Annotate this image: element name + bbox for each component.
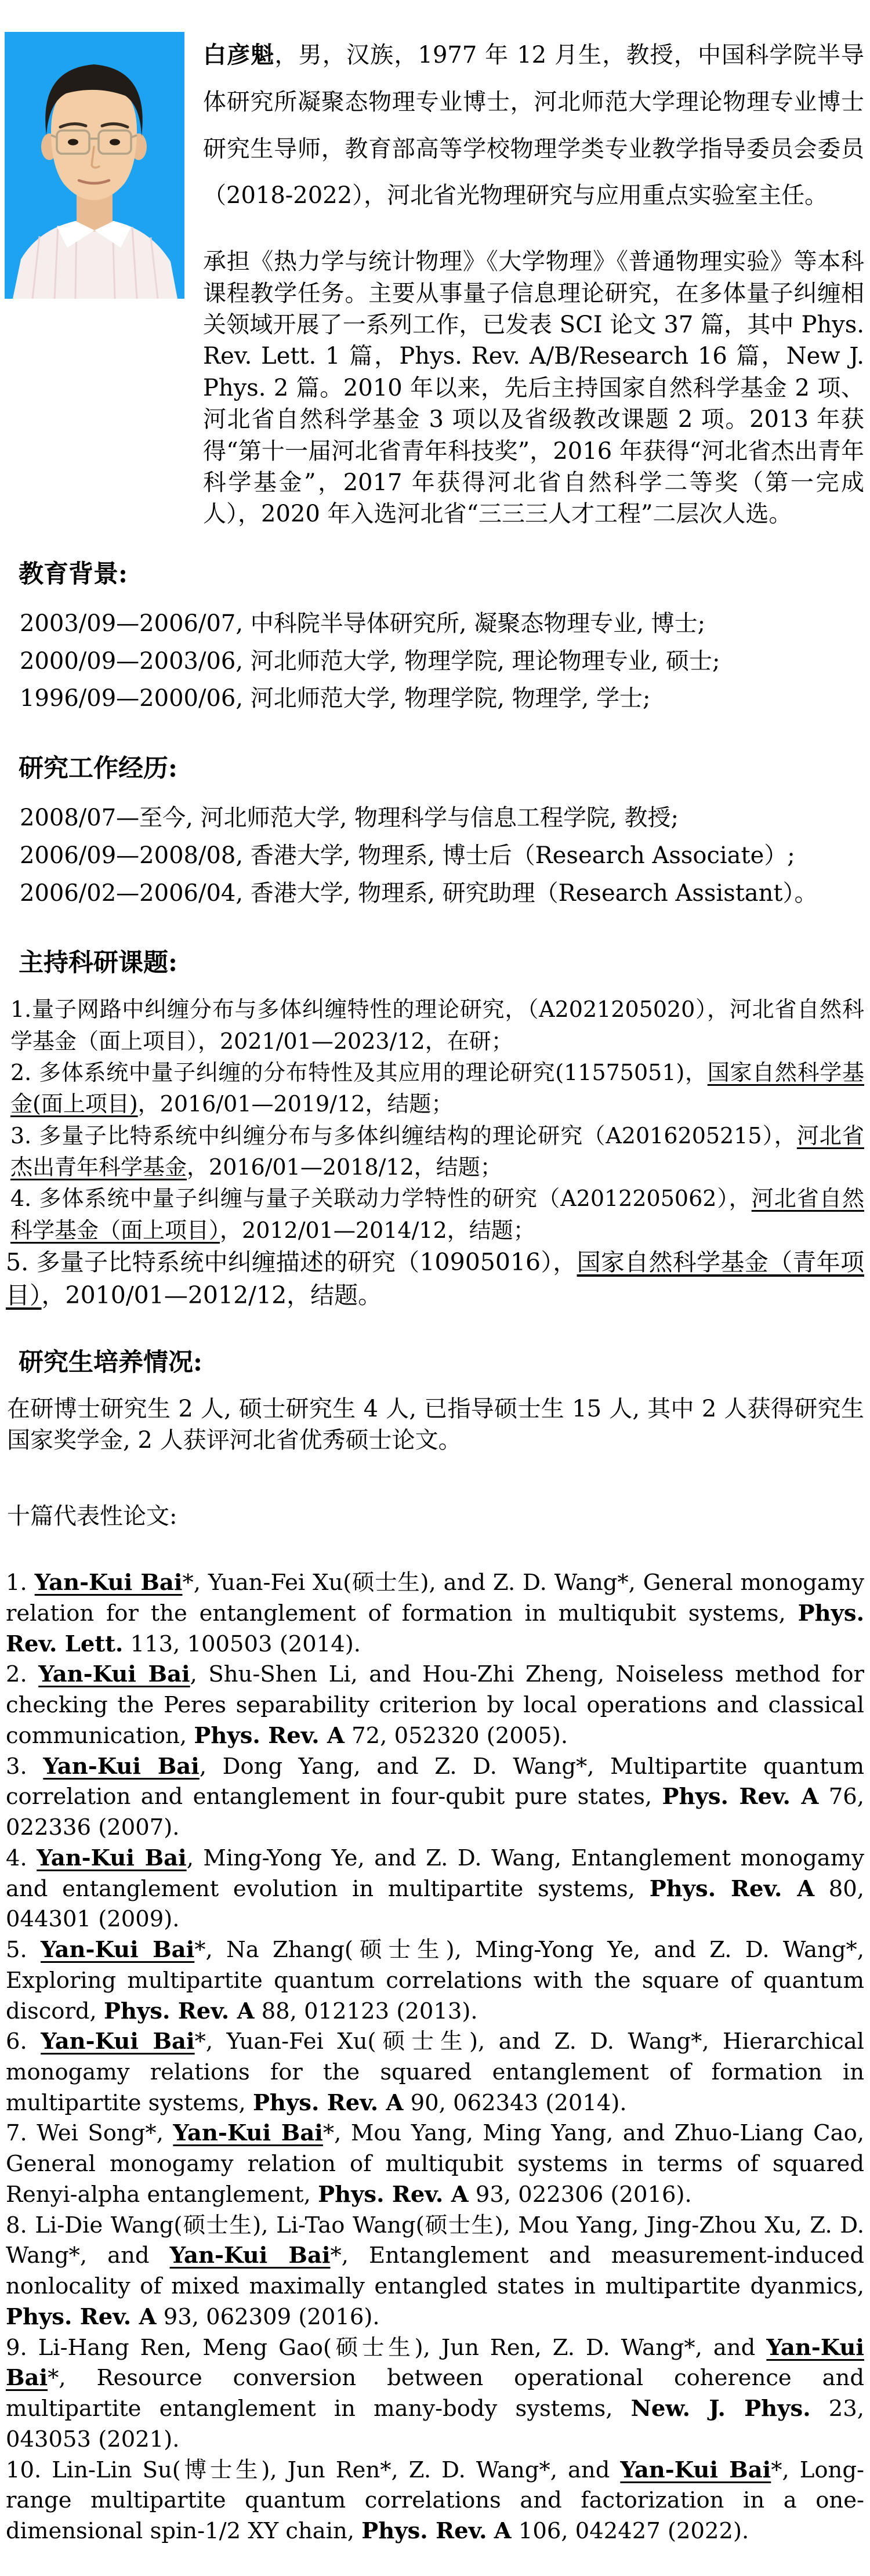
text-segment: New. J. Phys. (631, 2396, 811, 2422)
professor-name: 白彦魁 (203, 41, 275, 68)
project-entry: 4. 多体系统中量子纠缠与量子关联动力学特性的研究（A2012205062），河… (10, 1183, 864, 1246)
text-segment: 2. (6, 1661, 38, 1687)
project-entry: 5. 多量子比特系统中纠缠描述的研究（10905016），国家自然科学基金（青年… (6, 1246, 864, 1311)
text-segment: 5. 多量子比特系统中纠缠描述的研究（10905016）， (6, 1248, 577, 1276)
text-segment: 10. Lin-Lin Su(博士生), Jun Ren*, Z. D. Wan… (6, 2457, 620, 2483)
text-segment: ，2012/01—2014/12，结题； (220, 1218, 535, 1243)
text-segment: Phys. Rev. A (662, 1784, 819, 1810)
section-heading-publications: 十篇代表性论文: (7, 1498, 864, 1531)
text-segment: 72, 052320 (2005). (345, 1723, 568, 1749)
text-segment: 4. (6, 1845, 37, 1871)
text-segment: Phys. Rev. A (104, 1998, 254, 2024)
experience-entry: 2006/02—2006/04, 香港大学, 物理系, 研究助理（Researc… (20, 875, 864, 912)
text-segment: 3. 多量子比特系统中纠缠分布与多体纠缠结构的理论研究（A2016205215）… (10, 1123, 797, 1148)
intro-paragraph-2: 承担《热力学与统计物理》《大学物理》《普通物理实验》等本科课程教学任务。主要从事… (203, 246, 864, 530)
text-segment: 7. Wei Song*, (6, 2120, 173, 2146)
text-segment: 88, 012123 (2013). (254, 1998, 477, 2024)
intro-paragraph-1-text: ，男，汉族，1977 年 12 月生，教授，中国科学院半导体研究所凝聚态物理专业… (203, 42, 864, 209)
text-segment: Phys. Rev. A (253, 2090, 403, 2116)
publication-entry: 1. Yan-Kui Bai*, Yuan-Fei Xu(硕士生), and Z… (6, 1568, 864, 1660)
text-segment: 3. (6, 1753, 43, 1780)
text-segment: Yan-Kui Bai (173, 2120, 322, 2146)
project-entry: 2. 多体系统中量子纠缠的分布特性及其应用的理论研究(11575051)，国家自… (10, 1057, 864, 1120)
text-segment: Yan-Kui Bai (41, 2028, 194, 2055)
text-segment: 93, 062309 (2016). (156, 2304, 379, 2330)
text-segment: 9. Li-Hang Ren, Meng Gao(硕士生), Jun Ren, … (6, 2335, 766, 2361)
publication-entry: 3. Yan-Kui Bai, Dong Yang, and Z. D. Wan… (6, 1752, 864, 1843)
text-segment: Phys. Rev. A (6, 2304, 156, 2330)
text-segment: Yan-Kui Bai (38, 1661, 190, 1687)
text-segment: 93, 022306 (2016). (469, 2182, 692, 2208)
publication-entry: 4. Yan-Kui Bai, Ming-Yong Ye, and Z. D. … (6, 1843, 864, 1935)
experience-entry: 2006/09—2008/08, 香港大学, 物理系, 博士后（Research… (20, 837, 864, 875)
intro-column: 白彦魁，男，汉族，1977 年 12 月生，教授，中国科学院半导体研究所凝聚态物… (203, 32, 864, 530)
text-segment: Yan-Kui Bai (43, 1753, 200, 1780)
text-segment: 1. (6, 1570, 35, 1596)
experience-entry: 2008/07—至今, 河北师范大学, 物理科学与信息工程学院, 教授; (20, 799, 864, 837)
text-segment: Phys. Rev. (361, 2518, 487, 2544)
text-segment: ，2010/01—2012/12，结题。 (42, 1281, 382, 1309)
education-entry: 2000/09—2003/06, 河北师范大学, 物理学院, 理论物理专业, 硕… (20, 643, 864, 680)
section-heading-projects: 主持科研课题: (19, 943, 864, 979)
publication-entry: 2. Yan-Kui Bai, Shu-Shen Li, and Hou-Zhi… (6, 1660, 864, 1751)
project-entry: 3. 多量子比特系统中纠缠分布与多体纠缠结构的理论研究（A2016205215）… (10, 1120, 864, 1183)
text-segment: Yan-Kui Bai (41, 1937, 194, 1963)
faculty-profile-page: 白彦魁，男，汉族，1977 年 12 月生，教授，中国科学院半导体研究所凝聚态物… (0, 0, 870, 2576)
text-segment: 6. (6, 2028, 41, 2055)
intro-paragraph-1: 白彦魁，男，汉族，1977 年 12 月生，教授，中国科学院半导体研究所凝聚态物… (203, 32, 864, 219)
education-entry: 1996/09—2000/06, 河北师范大学, 物理学院, 物理学, 学士; (20, 680, 864, 718)
text-segment: Phys. Rev. A (194, 1723, 344, 1749)
text-segment: 1.量子网路中纠缠分布与多体纠缠特性的理论研究，（A2021205020），河北… (10, 997, 864, 1053)
publication-entry: 6. Yan-Kui Bai*, Yuan-Fei Xu(硕士生), and Z… (6, 2027, 864, 2118)
publication-entry: 10. Lin-Lin Su(博士生), Jun Ren*, Z. D. Wan… (6, 2455, 864, 2547)
text-segment: 5. (6, 1937, 41, 1963)
text-segment: A (494, 2518, 512, 2544)
section-heading-experience: 研究工作经历: (19, 749, 864, 784)
text-segment: Yan-Kui Bai (35, 1570, 183, 1596)
profile-header: 白彦魁，男，汉族，1977 年 12 月生，教授，中国科学院半导体研究所凝聚态物… (5, 32, 864, 530)
text-segment: Yan-Kui Bai (37, 1845, 186, 1871)
text-segment: ，2016/01—2018/12，结题； (187, 1154, 502, 1180)
text-segment (487, 2518, 494, 2544)
text-segment: 4. 多体系统中量子纠缠与量子关联动力学特性的研究（A2012205062）， (10, 1186, 752, 1211)
publication-entry: 7. Wei Song*, Yan-Kui Bai*, Mou Yang, Mi… (6, 2118, 864, 2210)
text-segment: 90, 062343 (2014). (403, 2090, 626, 2116)
text-segment: Phys. Rev. A (650, 1876, 814, 1902)
text-segment: 2. 多体系统中量子纠缠的分布特性及其应用的理论研究(11575051)， (10, 1060, 708, 1085)
publication-entry: 5. Yan-Kui Bai*, Na Zhang(硕士生), Ming-Yon… (6, 1935, 864, 2027)
text-segment: 106, 042427 (2022). (512, 2518, 749, 2544)
text-segment: Phys. Rev. A (318, 2182, 468, 2208)
portrait-illustration (5, 32, 184, 299)
text-segment: ，2016/01—2019/12，结题； (138, 1091, 454, 1117)
section-heading-students: 研究生培养情况: (19, 1343, 864, 1378)
profile-photo (5, 32, 184, 299)
project-entry: 1.量子网路中纠缠分布与多体纠缠特性的理论研究，（A2021205020），河北… (10, 994, 864, 1057)
publication-entry: 8. Li-Die Wang(硕士生), Li-Tao Wang(硕士生), M… (6, 2211, 864, 2333)
text-segment: Yan-Kui Bai (620, 2457, 771, 2483)
text-segment: Yan-Kui Bai (170, 2242, 331, 2269)
students-summary: 在研博士研究生 2 人, 硕士研究生 4 人, 已指导硕士生 15 人, 其中 … (7, 1393, 864, 1456)
text-segment: 113, 100503 (2014). (123, 1631, 361, 1657)
section-heading-education: 教育背景: (19, 555, 864, 590)
publication-entry: 9. Li-Hang Ren, Meng Gao(硕士生), Jun Ren, … (6, 2333, 864, 2455)
education-entry: 2003/09—2006/07, 中科院半导体研究所, 凝聚态物理专业, 博士; (20, 605, 864, 643)
